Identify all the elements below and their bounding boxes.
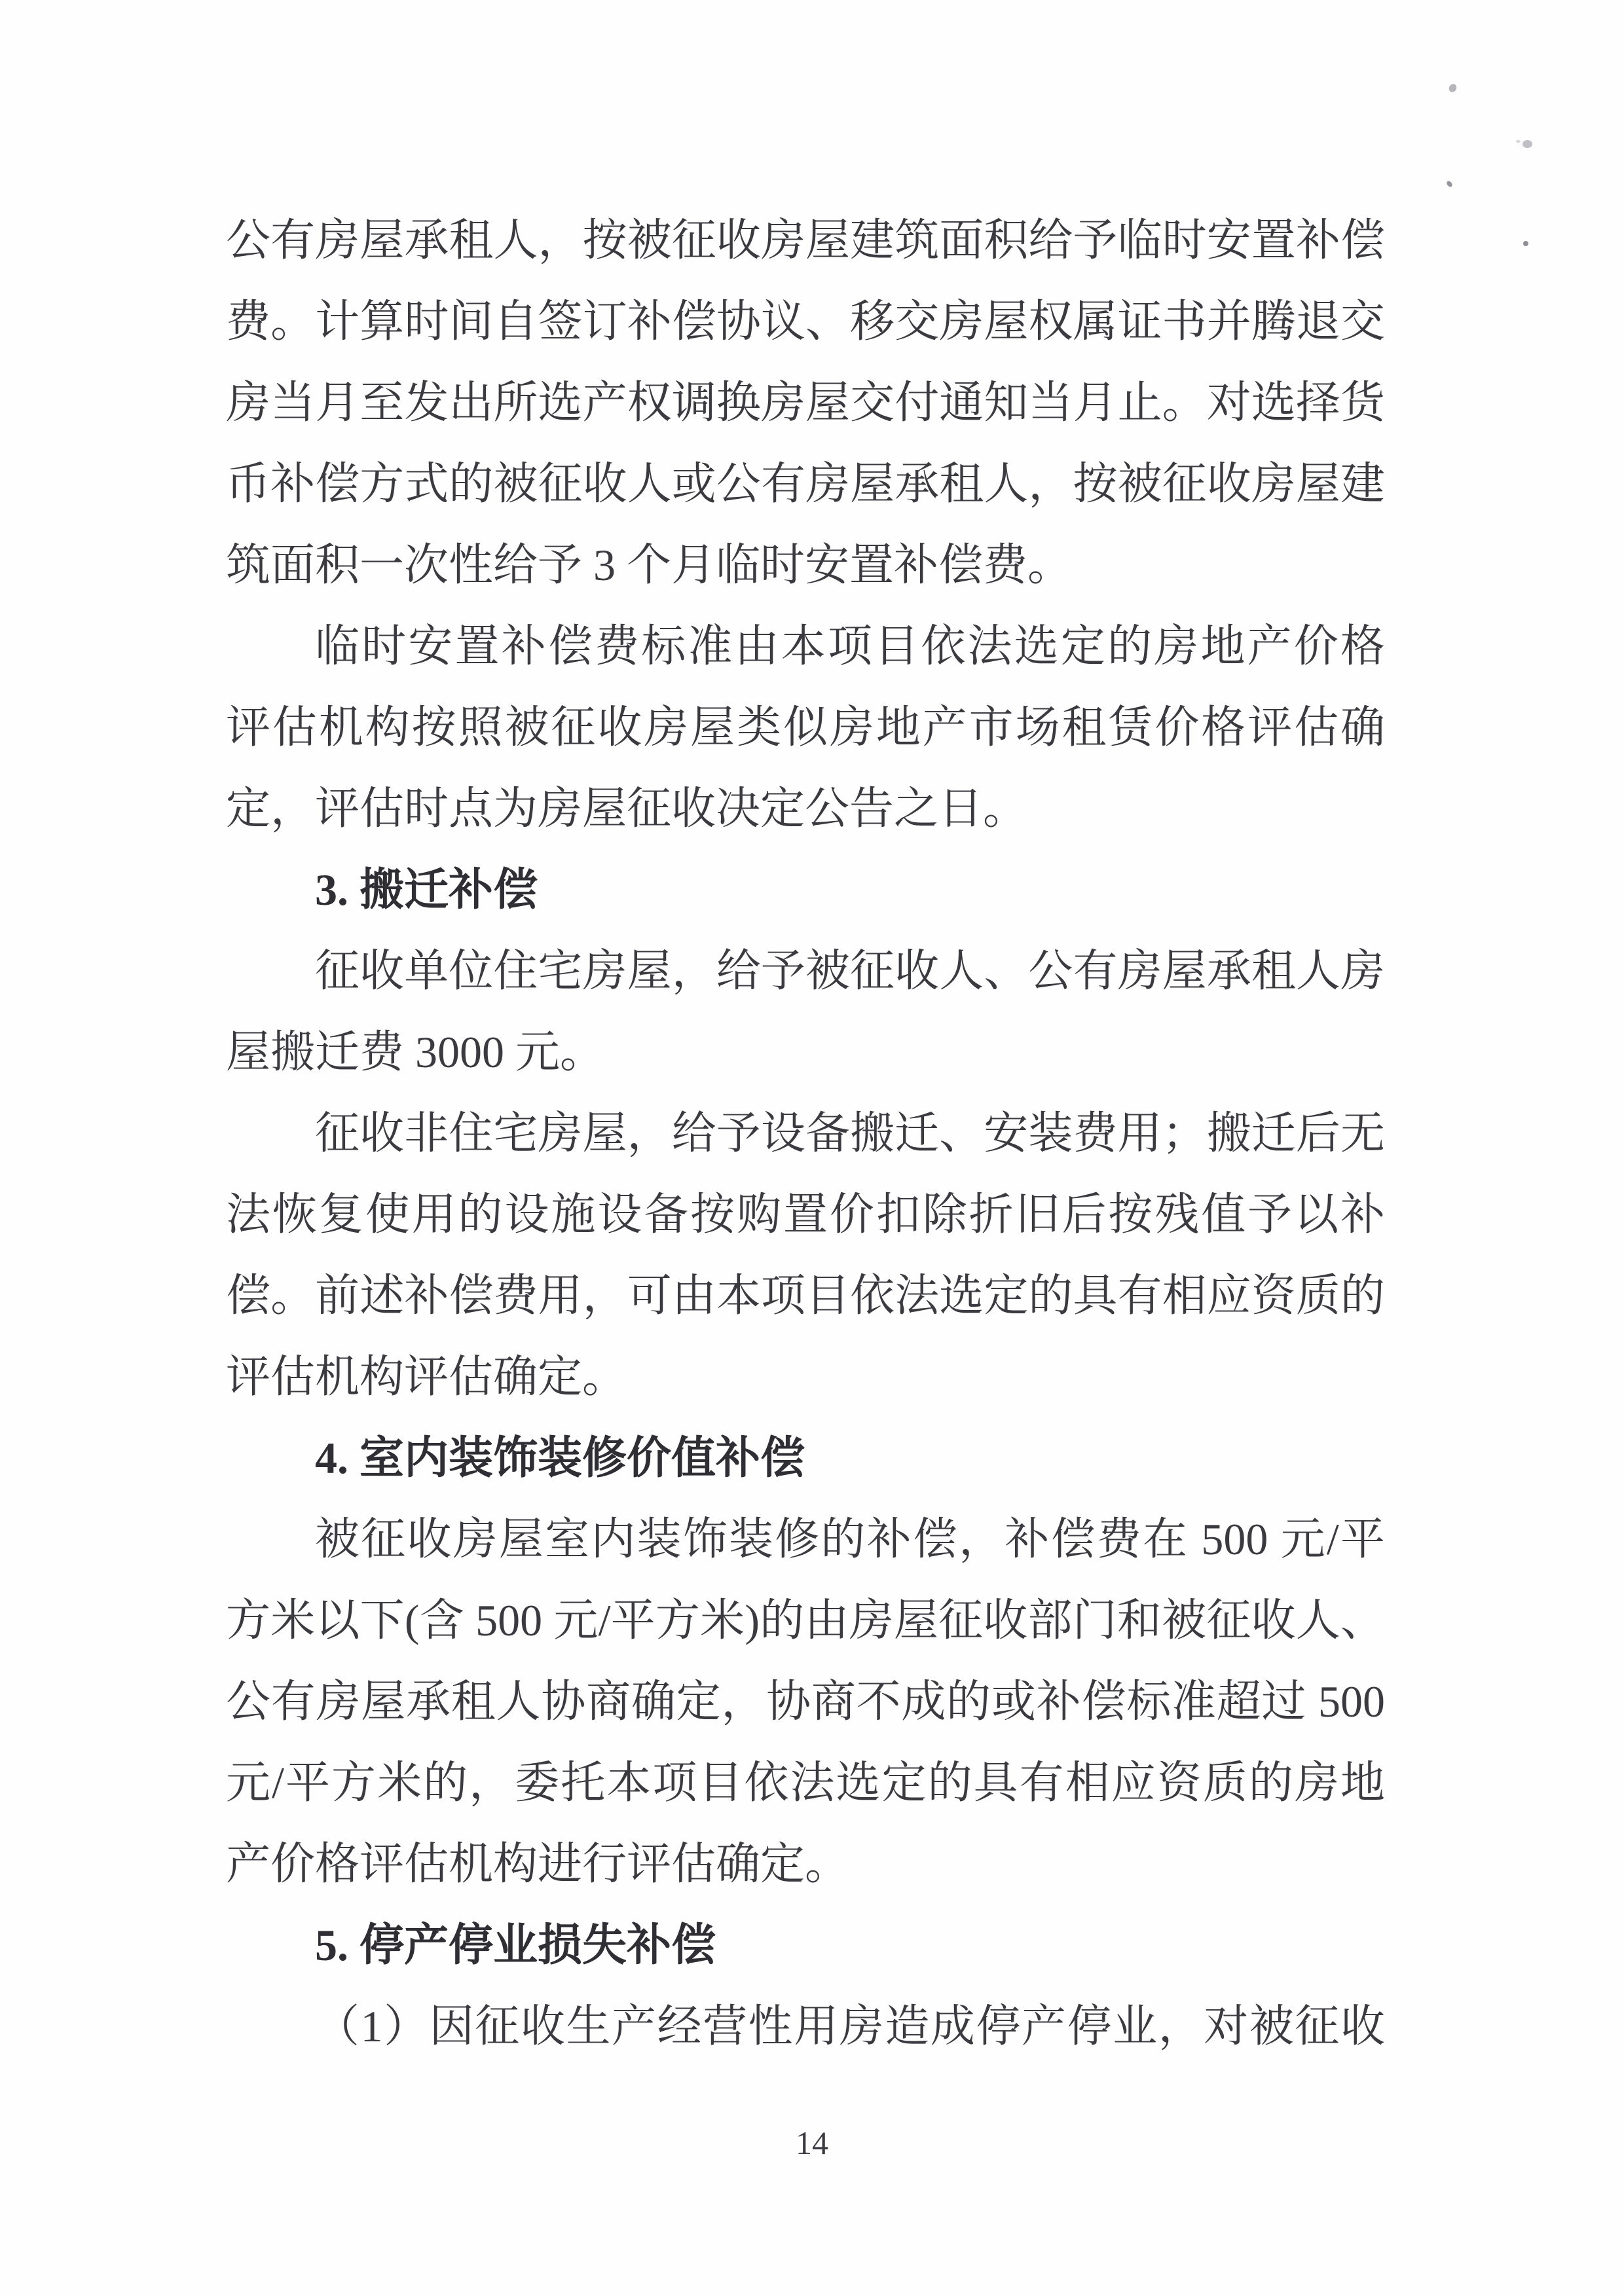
section-heading: 4. 室内装饰装修价值补偿 (226, 1417, 1385, 1499)
text-line: 征收单位住宅房屋，给予被征收人、公有房屋承租人房 (226, 930, 1385, 1011)
text-line: 筑面积一次性给予 3 个月临时安置补偿费。 (226, 524, 1385, 606)
text-line: 公有房屋承租人协商确定，协商不成的或补偿标准超过 500 (226, 1661, 1385, 1742)
text-line: 产价格评估机构进行评估确定。 (226, 1823, 1385, 1904)
text-line: 元/平方米的，委托本项目依法选定的具有相应资质的房地 (226, 1742, 1385, 1823)
scan-speck (1522, 140, 1532, 148)
text-line: 屋搬迁费 3000 元。 (226, 1011, 1385, 1093)
scan-speck (1446, 180, 1454, 188)
section-heading: 5. 停产停业损失补偿 (226, 1904, 1385, 1986)
text-line: 定，评估时点为房屋征收决定公告之日。 (226, 768, 1385, 849)
text-line: 法恢复使用的设施设备按购置价扣除折旧后按残值予以补 (226, 1174, 1385, 1255)
text-line: 被征收房屋室内装饰装修的补偿，补偿费在 500 元/平 (226, 1499, 1385, 1580)
text-line: 临时安置补偿费标准由本项目依法选定的房地产价格 (226, 606, 1385, 687)
body-text: 公有房屋承租人，按被征收房屋建筑面积给予临时安置补偿费。计算时间自签订补偿协议、… (226, 200, 1385, 2067)
text-line: 评估机构评估确定。 (226, 1336, 1385, 1417)
text-line: 币补偿方式的被征收人或公有房屋承租人，按被征收房屋建 (226, 443, 1385, 524)
text-line: 评估机构按照被征收房屋类似房地产市场租赁价格评估确 (226, 687, 1385, 768)
text-line: 房当月至发出所选产权调换房屋交付通知当月止。对选择货 (226, 362, 1385, 443)
scan-speck (1523, 241, 1528, 246)
section-heading: 3. 搬迁补偿 (226, 849, 1385, 930)
text-line: 方米以下(含 500 元/平方米)的由房屋征收部门和被征收人、 (226, 1580, 1385, 1661)
page-number: 14 (0, 2123, 1624, 2162)
text-line: （1）因征收生产经营性用房造成停产停业，对被征收 (226, 1986, 1385, 2067)
text-line: 偿。前述补偿费用，可由本项目依法选定的具有相应资质的 (226, 1255, 1385, 1336)
text-line: 征收非住宅房屋，给予设备搬迁、安装费用；搬迁后无 (226, 1093, 1385, 1174)
scan-speck (1447, 82, 1458, 94)
document-page: 公有房屋承租人，按被征收房屋建筑面积给予临时安置补偿费。计算时间自签订补偿协议、… (0, 0, 1624, 2296)
text-line: 公有房屋承租人，按被征收房屋建筑面积给予临时安置补偿 (226, 200, 1385, 281)
text-line: 费。计算时间自签订补偿协议、移交房屋权属证书并腾退交 (226, 281, 1385, 362)
